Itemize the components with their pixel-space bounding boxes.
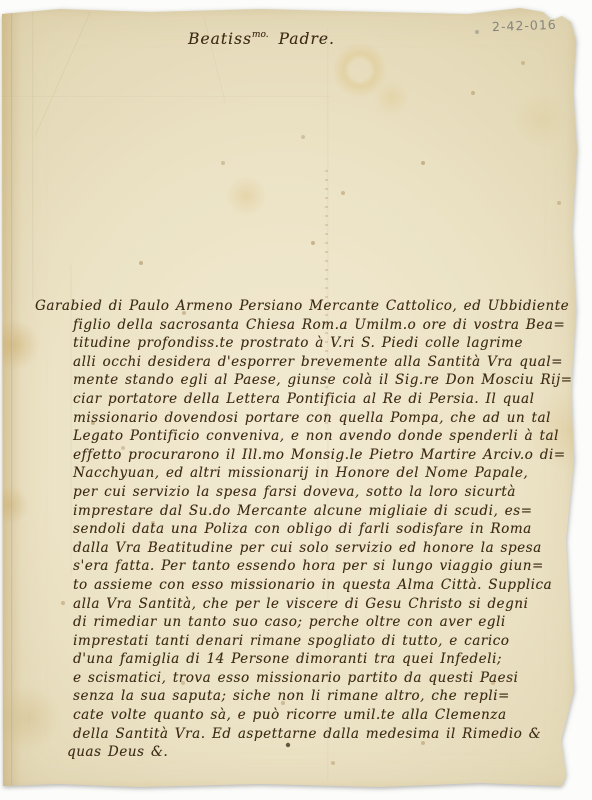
- letter-line: d'una famiglia di 14 Persone dimoranti t…: [73, 650, 577, 669]
- letter-line: mente stando egli al Paese, giunse colà …: [73, 371, 577, 390]
- letter-line: di rimediar un tanto suo caso; perche ol…: [73, 613, 577, 632]
- letter-line: e scismatici, trova esso missionario par…: [73, 669, 577, 688]
- letter-line: dalla Vra Beatitudine per cui solo servi…: [73, 539, 577, 558]
- letter-line: cate volte quanto sà, e può ricorre umil…: [73, 706, 577, 725]
- letter-line: effetto procurarono il Ill.mo Monsig.le …: [73, 446, 577, 465]
- foxing-specks: [0, 0, 2, 2]
- salutation-padre: Padre.: [279, 30, 335, 48]
- manuscript-page: 2-42-016 Beatissmo. Padre. Garabied di P…: [0, 0, 592, 800]
- salutation-text: Beatiss: [188, 30, 252, 48]
- paper-crease-diagonal-1: [35, 11, 92, 135]
- paper-crease-horizontal: [0, 96, 330, 98]
- paper-crease-left-2: [32, 10, 34, 300]
- letter-line: titudine profondiss.te prostrato à V.ri …: [73, 334, 577, 353]
- letter-line: alli occhi desidera d'esporrer brevement…: [73, 353, 577, 372]
- letter-line: senza la sua saputa; siche non li rimane…: [73, 687, 577, 706]
- letter-line: sendoli data una Poliza con obligo di fa…: [73, 520, 577, 539]
- archive-label: 2-42-016: [492, 17, 557, 34]
- letter-line: imprestati tanti denari rimane spogliato…: [73, 632, 577, 651]
- salutation: Beatissmo. Padre.: [188, 30, 408, 48]
- salutation-superscript: mo.: [252, 30, 269, 40]
- letter-line: imprestare dal Su.do Mercante alcune mig…: [73, 502, 577, 521]
- letter-closing-formula: quas Deus &.: [67, 743, 577, 762]
- letter-line: figlio della sacrosanta Chiesa Rom.a Umi…: [73, 316, 577, 335]
- paper-crease-left: [11, 12, 13, 786]
- letter-line: ciar portatore della Lettera Pontificia …: [73, 390, 577, 409]
- letter-line: s'era fatta. Per tanto essendo hora per …: [73, 557, 577, 576]
- scan-background: 2-42-016 Beatissmo. Padre. Garabied di P…: [0, 0, 592, 800]
- letter-line: missionario dovendosi portare con quella…: [73, 409, 577, 428]
- letter-line: della Santità Vra. Ed aspettarne dalla m…: [73, 725, 577, 744]
- letter-line: Garabied di Paulo Armeno Persiano Mercan…: [35, 297, 577, 316]
- letter-line: to assieme con esso missionario in quest…: [73, 576, 577, 595]
- letter-body: Garabied di Paulo Armeno Persiano Mercan…: [73, 297, 577, 762]
- manuscript-page-wrap: 2-42-016 Beatissmo. Padre. Garabied di P…: [0, 0, 592, 800]
- letter-line: per cui servizio la spesa farsi doveva, …: [73, 483, 577, 502]
- letter-line: Nacchyuan, ed altri missionarij in Honor…: [73, 464, 577, 483]
- letter-line: alla Vra Santità, che per le viscere di …: [73, 595, 577, 614]
- letter-line: Legato Pontificio conveniva, e non avend…: [73, 427, 577, 446]
